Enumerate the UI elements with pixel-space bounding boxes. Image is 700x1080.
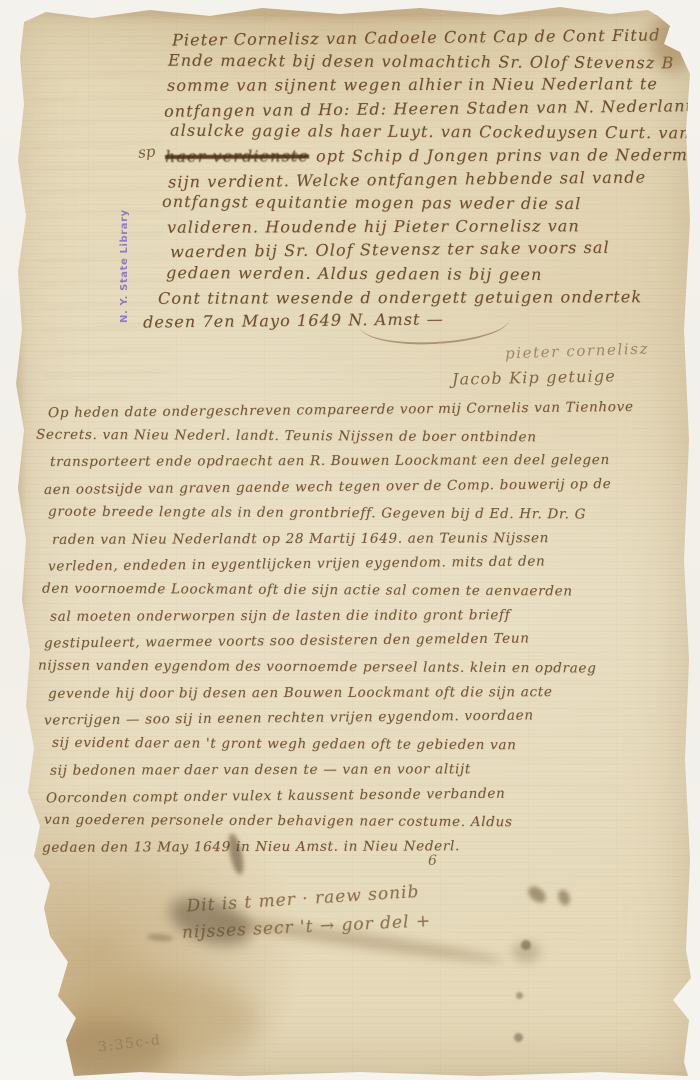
manuscript-line: ontfangst equitantie mogen pas weder die… — [162, 192, 581, 213]
marginal-note-sp: sp — [137, 142, 156, 162]
manuscript-line: alsulcke gagie als haer Luyt. van Cocked… — [170, 121, 691, 143]
manuscript-page: Pieter Cornelisz van Cadoele Cont Cap de… — [0, 0, 700, 1080]
stain-blob — [650, 12, 695, 72]
ny-state-library-stamp: N. Y. State Library — [119, 229, 137, 323]
manuscript-line: transporteert ende opdraecht aen R. Bouw… — [50, 452, 610, 470]
stain-blob — [556, 888, 572, 907]
flourish-under-date — [359, 310, 510, 348]
manuscript-line: gedaen den 13 May 1649 in Nieu Amst. in … — [42, 838, 460, 855]
stray-numeral: 6 — [428, 853, 437, 869]
manuscript-line: vercrijgen — soo sij in eenen rechten vr… — [44, 708, 534, 729]
manuscript-line: sijn verdient. Welcke ontfangen hebbende… — [168, 167, 646, 191]
manuscript-line: gestipuleert, waermee voorts soo desiste… — [44, 631, 530, 652]
stain-blob — [525, 883, 549, 906]
stain-blob — [12, 300, 22, 800]
signature-jacob-kip-witness: Jacob Kip getuige — [452, 366, 616, 388]
stain-blob — [30, 8, 650, 18]
manuscript-line: Secrets. van Nieu Nederl. landt. Teunis … — [36, 426, 537, 445]
manuscript-line: aen oostsijde van graven gaende wech teg… — [44, 476, 611, 498]
stain-blob — [50, 1020, 170, 1080]
manuscript-line: Ende maeckt bij desen volmachtich Sr. Ol… — [168, 50, 674, 72]
signature-pieter-cornelisz: pieter cornelisz — [505, 339, 650, 362]
manuscript-line: Oorconden compt onder vulex t kaussent b… — [46, 785, 506, 806]
manuscript-line: van goederen personele onder behavigen n… — [44, 812, 513, 830]
stain-blob — [147, 933, 173, 942]
manuscript-line: Pieter Cornelisz van Cadoele Cont Cap de… — [172, 25, 661, 49]
manuscript-line: gedaen werden. Aldus gedaen is bij geen — [166, 263, 543, 284]
manuscript-line: gevende hij door bij desen aen Bouwen Lo… — [48, 684, 553, 702]
manuscript-line: nijssen vanden eygendom des voornoemde p… — [38, 658, 597, 677]
scan-background: Pieter Cornelisz van Cadoele Cont Cap de… — [0, 0, 700, 1080]
scratched-out-text: haer verdienste — [165, 146, 309, 166]
manuscript-line: den voornoemde Loockmant oft die sijn ac… — [42, 581, 573, 600]
manuscript-line: groote breede lengte als in den grontbri… — [48, 503, 586, 522]
ink-show-through-ghost — [32, 60, 172, 400]
manuscript-line: sij evident daer aen 't gront wegh gedae… — [52, 735, 517, 753]
manuscript-line: valideren. Houdende hij Pieter Cornelisz… — [167, 216, 580, 236]
manuscript-line: Op heden date ondergeschreven compareerd… — [48, 399, 634, 421]
manuscript-line: ontfangen van d Ho: Ed: Heeren Staden va… — [164, 96, 693, 121]
stain-blob — [512, 942, 540, 962]
manuscript-line: sij bedonen maer daer van desen te — van… — [50, 761, 471, 778]
manuscript-line: Cont titnant wesende d ondergett getuige… — [158, 287, 642, 308]
manuscript-line: haer verdiensteopt Schip d Jongen prins … — [165, 145, 700, 166]
manuscript-line: raden van Nieu Nederlandt op 28 Martij 1… — [52, 530, 549, 548]
manuscript-line: sal moeten onderworpen sijn de lasten di… — [50, 607, 510, 625]
manuscript-line: verleden, endeden in eygentlijcken vrije… — [48, 554, 546, 575]
manuscript-line: waerden bij Sr. Olof Stevensz ter sake v… — [170, 238, 610, 262]
stain-blob — [514, 1033, 523, 1042]
manuscript-line: somme van sijnent wegen alhier in Nieu N… — [167, 74, 658, 95]
stain-blob — [516, 992, 523, 999]
